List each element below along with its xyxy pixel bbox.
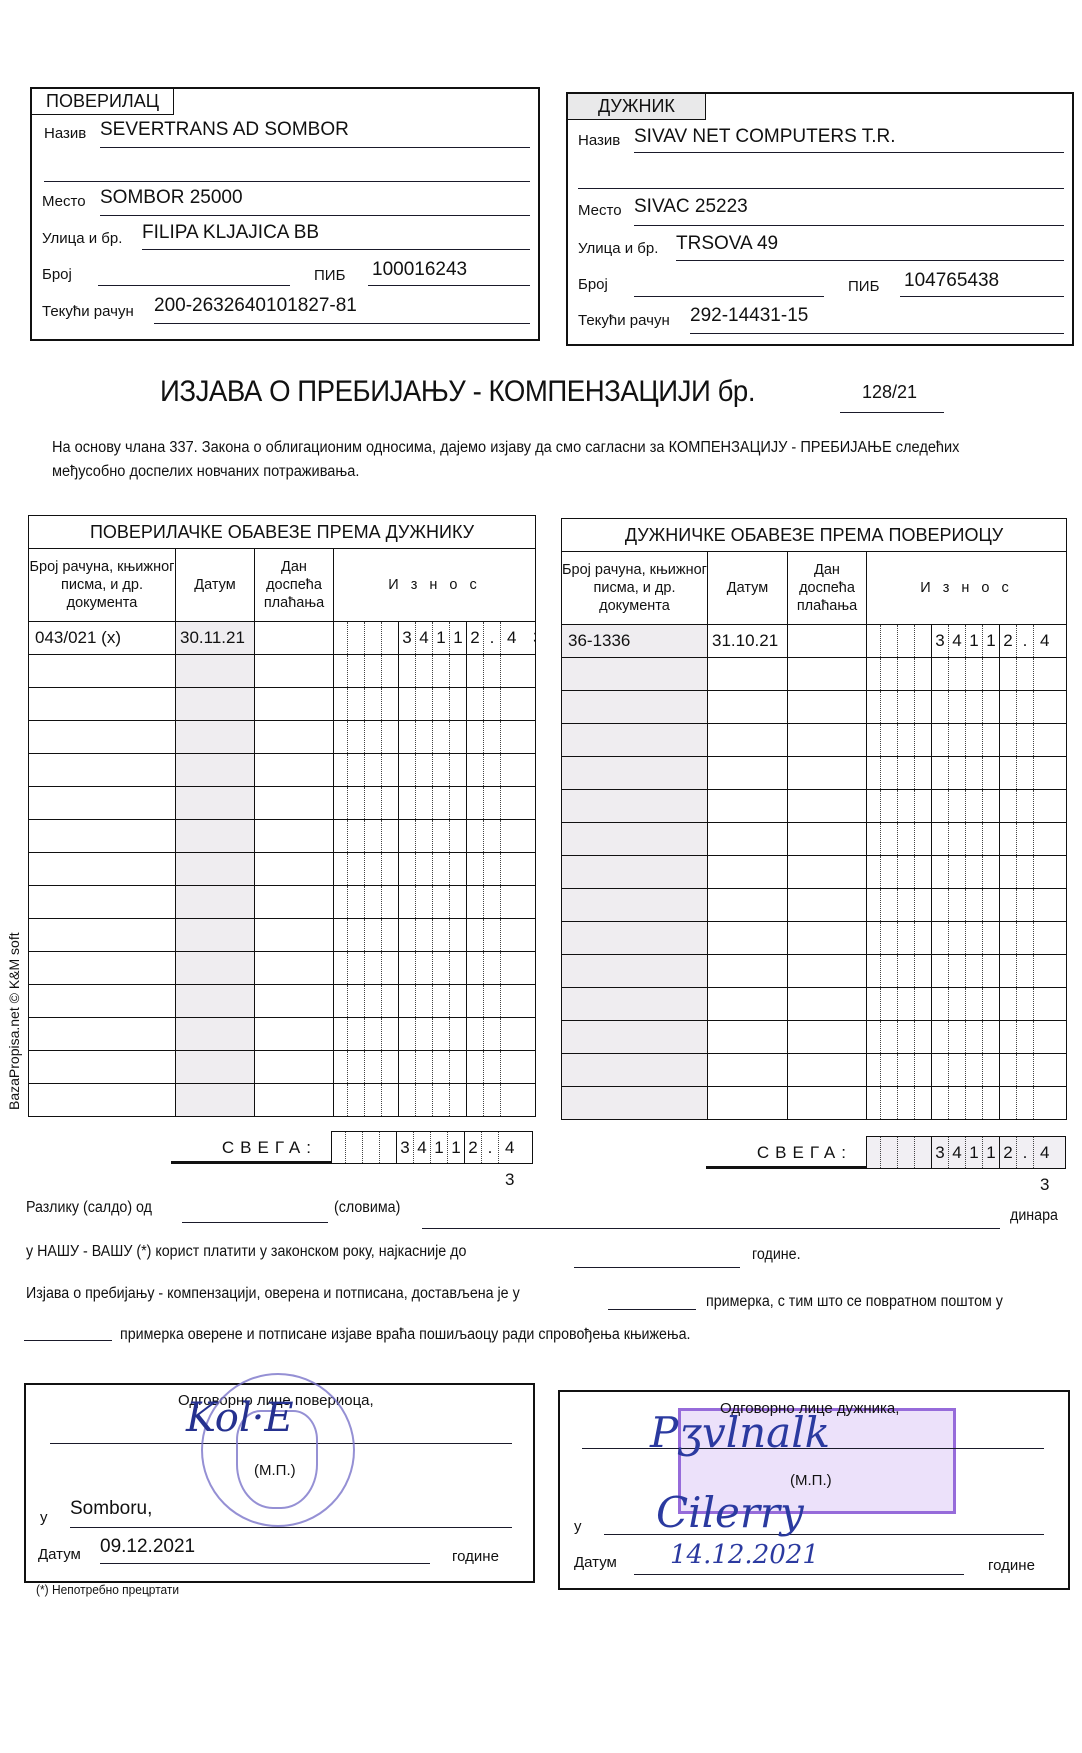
amount-digit	[382, 820, 399, 852]
amount-cell[interactable]	[867, 823, 1067, 856]
amount-cell[interactable]	[334, 688, 536, 721]
amount-digit	[365, 688, 382, 720]
table-row	[562, 955, 1067, 988]
date-cell[interactable]	[708, 757, 788, 790]
amount-digit	[881, 1087, 898, 1119]
amount-digit	[932, 922, 949, 954]
amount-digit	[915, 1021, 932, 1053]
amount-digit	[433, 952, 450, 984]
creditor-in-label: у	[40, 1509, 48, 1526]
doc-cell[interactable]	[29, 721, 176, 754]
amount-digit	[450, 688, 467, 720]
amount-digit: .	[484, 622, 501, 654]
amount-digit	[1000, 1054, 1017, 1086]
amount-digit	[1034, 658, 1066, 690]
date-cell[interactable]	[176, 754, 255, 787]
amount-digit	[348, 1051, 365, 1083]
due-cell[interactable]	[255, 952, 334, 985]
amount-cell[interactable]	[334, 952, 536, 985]
amount-cell[interactable]	[867, 1054, 1067, 1087]
date-cell[interactable]	[708, 691, 788, 724]
amount-digit	[898, 790, 915, 822]
due-cell[interactable]	[255, 886, 334, 919]
doc-cell[interactable]	[562, 724, 708, 757]
creditor-total-amount: 34112.4 3	[331, 1131, 533, 1164]
amount-cell[interactable]	[334, 919, 536, 952]
amount-digit	[501, 919, 535, 951]
amount-digit	[898, 1087, 915, 1119]
debtor-signature-box: Одговорно лице дужника, (М.П.) у Датум 1…	[558, 1390, 1070, 1590]
amount-digit	[399, 655, 416, 687]
amount-digit	[382, 919, 399, 951]
due-cell[interactable]	[255, 1084, 334, 1117]
date-cell[interactable]	[176, 919, 255, 952]
date-cell[interactable]	[708, 955, 788, 988]
date-cell[interactable]: 30.11.21	[176, 622, 255, 655]
date-cell[interactable]	[176, 1018, 255, 1051]
amount-digit	[881, 889, 898, 921]
amount-cell[interactable]	[867, 790, 1067, 823]
amount-digit	[867, 625, 881, 657]
amount-digit	[915, 823, 932, 855]
amount-digit	[898, 1021, 915, 1053]
amount-digit	[399, 754, 416, 786]
doc-cell[interactable]	[562, 922, 708, 955]
amount-digit	[867, 790, 881, 822]
amount-digit	[467, 688, 484, 720]
doc-cell[interactable]: 36-1336	[562, 625, 708, 658]
side-watermark: BazaPropisa.net © K&M soft	[6, 932, 22, 1110]
amount-digit	[898, 757, 915, 789]
amount-digit	[949, 988, 966, 1020]
amount-digit: 2	[1000, 625, 1017, 657]
creditor-number-label: Број	[42, 266, 72, 283]
creditor-in-value: Somboru,	[70, 1498, 152, 1520]
amount-digit	[1000, 955, 1017, 987]
doc-cell[interactable]	[562, 955, 708, 988]
amount-digit	[382, 952, 399, 984]
amount-digit	[365, 919, 382, 951]
amount-digit	[416, 655, 433, 687]
date-cell[interactable]	[176, 787, 255, 820]
amount-digit	[983, 691, 1000, 723]
amount-digit	[867, 1054, 881, 1086]
doc-cell[interactable]	[562, 790, 708, 823]
creditor-signature: Kol·E	[186, 1395, 294, 1441]
due-cell[interactable]	[788, 625, 867, 658]
date-cell[interactable]	[708, 922, 788, 955]
due-cell[interactable]	[255, 1018, 334, 1051]
amount-digit	[983, 922, 1000, 954]
column-header: Датум	[708, 552, 788, 625]
due-cell[interactable]	[255, 688, 334, 721]
due-cell[interactable]	[255, 820, 334, 853]
date-cell[interactable]	[708, 658, 788, 691]
amount-digit: .	[1017, 1137, 1034, 1168]
amount-digit	[501, 1051, 535, 1083]
doc-cell[interactable]	[562, 823, 708, 856]
table-row	[562, 757, 1067, 790]
date-cell[interactable]	[176, 1051, 255, 1084]
debtor-pib: 104765438	[904, 270, 999, 292]
amount-digit	[334, 985, 348, 1017]
amount-digit	[450, 754, 467, 786]
table-row	[29, 1084, 536, 1117]
amount-digit	[1017, 757, 1034, 789]
table-row	[29, 754, 536, 787]
amount-digit	[915, 1087, 932, 1119]
date-cell[interactable]	[708, 790, 788, 823]
amount-digit	[399, 985, 416, 1017]
amount-digit: 1	[431, 1132, 448, 1163]
amount-cell[interactable]	[334, 1018, 536, 1051]
amount-digit	[867, 823, 881, 855]
amount-digit	[501, 787, 535, 819]
doc-cell[interactable]	[562, 889, 708, 922]
amount-digit	[433, 853, 450, 885]
amount-digit	[949, 889, 966, 921]
doc-cell[interactable]	[29, 820, 176, 853]
debtor-signature: Pʒvlnalk	[650, 1408, 830, 1457]
creditor-name: SEVERTRANS AD SOMBOR	[100, 119, 349, 141]
amount-cell[interactable]: 34112.4 3	[334, 622, 536, 655]
date-cell[interactable]	[708, 823, 788, 856]
table-row	[562, 1087, 1067, 1120]
due-cell[interactable]	[255, 622, 334, 655]
amount-digit	[416, 919, 433, 951]
amount-digit	[399, 919, 416, 951]
amount-digit	[399, 952, 416, 984]
due-cell[interactable]	[788, 955, 867, 988]
balance-line1-c: динара	[1010, 1207, 1058, 1225]
amount-digit	[932, 1087, 949, 1119]
amount-digit	[1000, 856, 1017, 888]
amount-cell[interactable]	[334, 787, 536, 820]
due-cell[interactable]	[255, 655, 334, 688]
amount-digit	[365, 1018, 382, 1050]
amount-cell[interactable]	[867, 658, 1067, 691]
amount-digit	[915, 757, 932, 789]
amount-digit	[932, 823, 949, 855]
doc-cell[interactable]	[562, 757, 708, 790]
amount-digit	[334, 820, 348, 852]
amount-cell[interactable]	[867, 856, 1067, 889]
date-cell[interactable]	[176, 688, 255, 721]
due-cell[interactable]	[788, 922, 867, 955]
amount-cell[interactable]	[334, 820, 536, 853]
due-cell[interactable]	[255, 721, 334, 754]
amount-digit	[966, 856, 983, 888]
date-cell[interactable]	[708, 856, 788, 889]
doc-cell[interactable]	[562, 1054, 708, 1087]
amount-digit	[1000, 889, 1017, 921]
doc-cell[interactable]	[29, 688, 176, 721]
amount-digit	[382, 721, 399, 753]
amount-digit	[348, 853, 365, 885]
creditor-place-label: Место	[42, 193, 86, 210]
amount-cell[interactable]	[867, 691, 1067, 724]
amount-digit	[966, 889, 983, 921]
amount-digit	[467, 952, 484, 984]
due-cell[interactable]	[255, 919, 334, 952]
creditor-year-label: године	[452, 1548, 499, 1565]
amount-digit	[966, 790, 983, 822]
date-cell[interactable]	[708, 1021, 788, 1054]
doc-cell[interactable]	[562, 856, 708, 889]
date-cell[interactable]	[176, 985, 255, 1018]
due-cell[interactable]	[788, 889, 867, 922]
amount-digit	[416, 721, 433, 753]
amount-digit	[932, 1021, 949, 1053]
amount-cell[interactable]	[334, 985, 536, 1018]
amount-digit	[348, 820, 365, 852]
amount-digit	[433, 721, 450, 753]
amount-digit: 1	[983, 1137, 1000, 1168]
debtor-street: TRSOVA 49	[676, 233, 778, 255]
amount-digit: 4	[949, 625, 966, 657]
amount-digit	[1034, 856, 1066, 888]
amount-digit	[334, 1084, 348, 1116]
amount-cell[interactable]	[334, 754, 536, 787]
amount-cell[interactable]	[867, 955, 1067, 988]
amount-digit	[1034, 922, 1066, 954]
doc-cell[interactable]	[29, 919, 176, 952]
date-cell[interactable]	[176, 655, 255, 688]
amount-cell[interactable]	[334, 1051, 536, 1084]
amount-digit	[881, 790, 898, 822]
amount-cell[interactable]	[334, 886, 536, 919]
amount-digit	[867, 1021, 881, 1053]
amount-cell[interactable]: 34112.4 3	[867, 625, 1067, 658]
amount-digit	[501, 952, 535, 984]
amount-digit	[334, 952, 348, 984]
amount-digit	[898, 889, 915, 921]
debtor-name: SIVAV NET COMPUTERS T.R.	[634, 126, 895, 148]
column-header: И з н о с	[334, 549, 536, 622]
due-cell[interactable]	[788, 1054, 867, 1087]
amount-digit	[382, 622, 399, 654]
amount-cell[interactable]	[334, 721, 536, 754]
table-row	[29, 820, 536, 853]
amount-digit	[867, 1087, 881, 1119]
table-row	[562, 790, 1067, 823]
doc-cell[interactable]	[562, 1021, 708, 1054]
amount-cell[interactable]	[867, 1087, 1067, 1120]
amount-digit: 4 3	[501, 622, 536, 654]
amount-digit	[949, 856, 966, 888]
amount-digit	[433, 985, 450, 1017]
amount-digit	[382, 985, 399, 1017]
amount-digit	[346, 1132, 363, 1163]
amount-digit	[915, 790, 932, 822]
debtor-in-label: у	[574, 1518, 582, 1535]
amount-digit	[399, 1051, 416, 1083]
amount-cell[interactable]	[334, 853, 536, 886]
doc-cell[interactable]: 043/021 (x)	[29, 622, 176, 655]
amount-digit	[983, 757, 1000, 789]
amount-digit	[484, 787, 501, 819]
amount-digit	[399, 721, 416, 753]
amount-digit	[1034, 691, 1066, 723]
amount-digit	[949, 1054, 966, 1086]
doc-cell[interactable]	[29, 853, 176, 886]
due-cell[interactable]	[788, 988, 867, 1021]
amount-digit: 1	[448, 1132, 465, 1163]
creditor-obligations-table: ПОВЕРИЛАЧКЕ ОБАВЕЗЕ ПРЕМА ДУЖНИКУБрој ра…	[28, 515, 536, 1117]
doc-cell[interactable]	[29, 985, 176, 1018]
amount-digit	[898, 856, 915, 888]
amount-digit: 4	[416, 622, 433, 654]
amount-digit	[484, 655, 501, 687]
amount-digit	[949, 757, 966, 789]
amount-digit: .	[1017, 625, 1034, 657]
doc-cell[interactable]	[29, 1018, 176, 1051]
amount-digit: 2	[465, 1132, 482, 1163]
amount-digit	[399, 1018, 416, 1050]
debtor-obligations-table: ДУЖНИЧКЕ ОБАВЕЗЕ ПРЕМА ПОВЕРИОЦУБрој рач…	[561, 518, 1067, 1120]
doc-cell[interactable]	[562, 1087, 708, 1120]
amount-digit	[983, 724, 1000, 756]
amount-digit	[949, 922, 966, 954]
amount-digit	[966, 955, 983, 987]
amount-digit	[983, 790, 1000, 822]
due-cell[interactable]	[255, 853, 334, 886]
amount-digit	[881, 823, 898, 855]
debtor-box: ДУЖНИК Назив SIVAV NET COMPUTERS T.R. Ме…	[566, 92, 1074, 346]
table-row: 043/021 (x) 30.11.21 34112.4 3	[29, 622, 536, 655]
amount-cell[interactable]	[334, 655, 536, 688]
amount-digit	[881, 856, 898, 888]
amount-digit	[365, 787, 382, 819]
due-cell[interactable]	[788, 1087, 867, 1120]
amount-digit	[915, 691, 932, 723]
amount-digit	[983, 823, 1000, 855]
amount-digit	[380, 1132, 397, 1163]
amount-digit	[966, 1087, 983, 1119]
amount-digit	[867, 922, 881, 954]
amount-digit	[416, 688, 433, 720]
amount-digit	[898, 658, 915, 690]
amount-digit	[881, 658, 898, 690]
date-cell[interactable]: 31.10.21	[708, 625, 788, 658]
date-cell[interactable]	[176, 886, 255, 919]
due-cell[interactable]	[255, 787, 334, 820]
doc-cell[interactable]	[29, 1051, 176, 1084]
amount-cell[interactable]	[867, 922, 1067, 955]
balance-line2-a: у НАШУ - ВАШУ (*) корист платити у закон…	[26, 1243, 466, 1261]
due-cell[interactable]	[255, 985, 334, 1018]
amount-digit	[966, 922, 983, 954]
amount-cell[interactable]	[867, 889, 1067, 922]
date-cell[interactable]	[176, 721, 255, 754]
amount-digit	[416, 820, 433, 852]
amount-digit	[898, 922, 915, 954]
amount-digit	[484, 919, 501, 951]
amount-digit	[348, 688, 365, 720]
amount-digit	[983, 1087, 1000, 1119]
amount-digit	[348, 622, 365, 654]
column-header: Дан доспећа плаћања	[788, 552, 867, 625]
date-cell[interactable]	[708, 1054, 788, 1087]
doc-cell[interactable]	[29, 1084, 176, 1117]
amount-digit	[1017, 889, 1034, 921]
amount-digit	[399, 820, 416, 852]
amount-digit	[983, 1054, 1000, 1086]
due-cell[interactable]	[788, 790, 867, 823]
date-cell[interactable]	[176, 1084, 255, 1117]
amount-digit	[399, 688, 416, 720]
doc-cell[interactable]	[29, 952, 176, 985]
doc-cell[interactable]	[562, 988, 708, 1021]
amount-digit: 4	[414, 1132, 431, 1163]
balance-line3-a: Изјава о пребијању - компензацији, овере…	[26, 1285, 520, 1303]
date-cell[interactable]	[176, 853, 255, 886]
date-cell[interactable]	[176, 952, 255, 985]
amount-digit	[450, 952, 467, 984]
amount-digit	[932, 757, 949, 789]
date-cell[interactable]	[176, 820, 255, 853]
amount-digit	[501, 985, 535, 1017]
table-row	[562, 856, 1067, 889]
amount-cell[interactable]	[867, 1021, 1067, 1054]
table-row	[562, 1021, 1067, 1054]
due-cell[interactable]	[788, 856, 867, 889]
amount-digit	[949, 658, 966, 690]
doc-cell[interactable]	[29, 886, 176, 919]
due-cell[interactable]	[255, 1051, 334, 1084]
amount-digit	[399, 886, 416, 918]
doc-cell[interactable]	[29, 787, 176, 820]
amount-cell[interactable]	[334, 1084, 536, 1117]
date-cell[interactable]	[708, 889, 788, 922]
debtor-account-label: Текући рачун	[578, 312, 670, 329]
due-cell[interactable]	[788, 1021, 867, 1054]
amount-digit	[915, 889, 932, 921]
amount-digit	[966, 1054, 983, 1086]
creditor-date-value: 09.12.2021	[100, 1536, 195, 1558]
amount-cell[interactable]	[867, 724, 1067, 757]
amount-digit	[365, 1084, 382, 1116]
column-header: Број рачуна, књижног писма, и др. докуме…	[562, 552, 708, 625]
amount-digit	[501, 820, 535, 852]
amount-digit	[484, 985, 501, 1017]
amount-digit	[898, 625, 915, 657]
due-cell[interactable]	[788, 658, 867, 691]
due-cell[interactable]	[788, 823, 867, 856]
due-cell[interactable]	[788, 757, 867, 790]
amount-cell[interactable]	[867, 757, 1067, 790]
amount-digit	[966, 988, 983, 1020]
date-cell[interactable]	[708, 724, 788, 757]
due-cell[interactable]	[255, 754, 334, 787]
due-cell[interactable]	[788, 724, 867, 757]
amount-digit	[867, 1137, 881, 1168]
doc-cell[interactable]	[562, 658, 708, 691]
amount-digit	[1000, 691, 1017, 723]
date-cell[interactable]	[708, 988, 788, 1021]
amount-digit	[915, 922, 932, 954]
due-cell[interactable]	[788, 691, 867, 724]
table-row	[562, 691, 1067, 724]
amount-digit	[867, 988, 881, 1020]
amount-digit: 3	[399, 622, 416, 654]
doc-cell[interactable]	[562, 691, 708, 724]
doc-cell[interactable]	[29, 754, 176, 787]
table-row	[562, 988, 1067, 1021]
amount-cell[interactable]	[867, 988, 1067, 1021]
doc-cell[interactable]	[29, 655, 176, 688]
date-cell[interactable]	[708, 1087, 788, 1120]
